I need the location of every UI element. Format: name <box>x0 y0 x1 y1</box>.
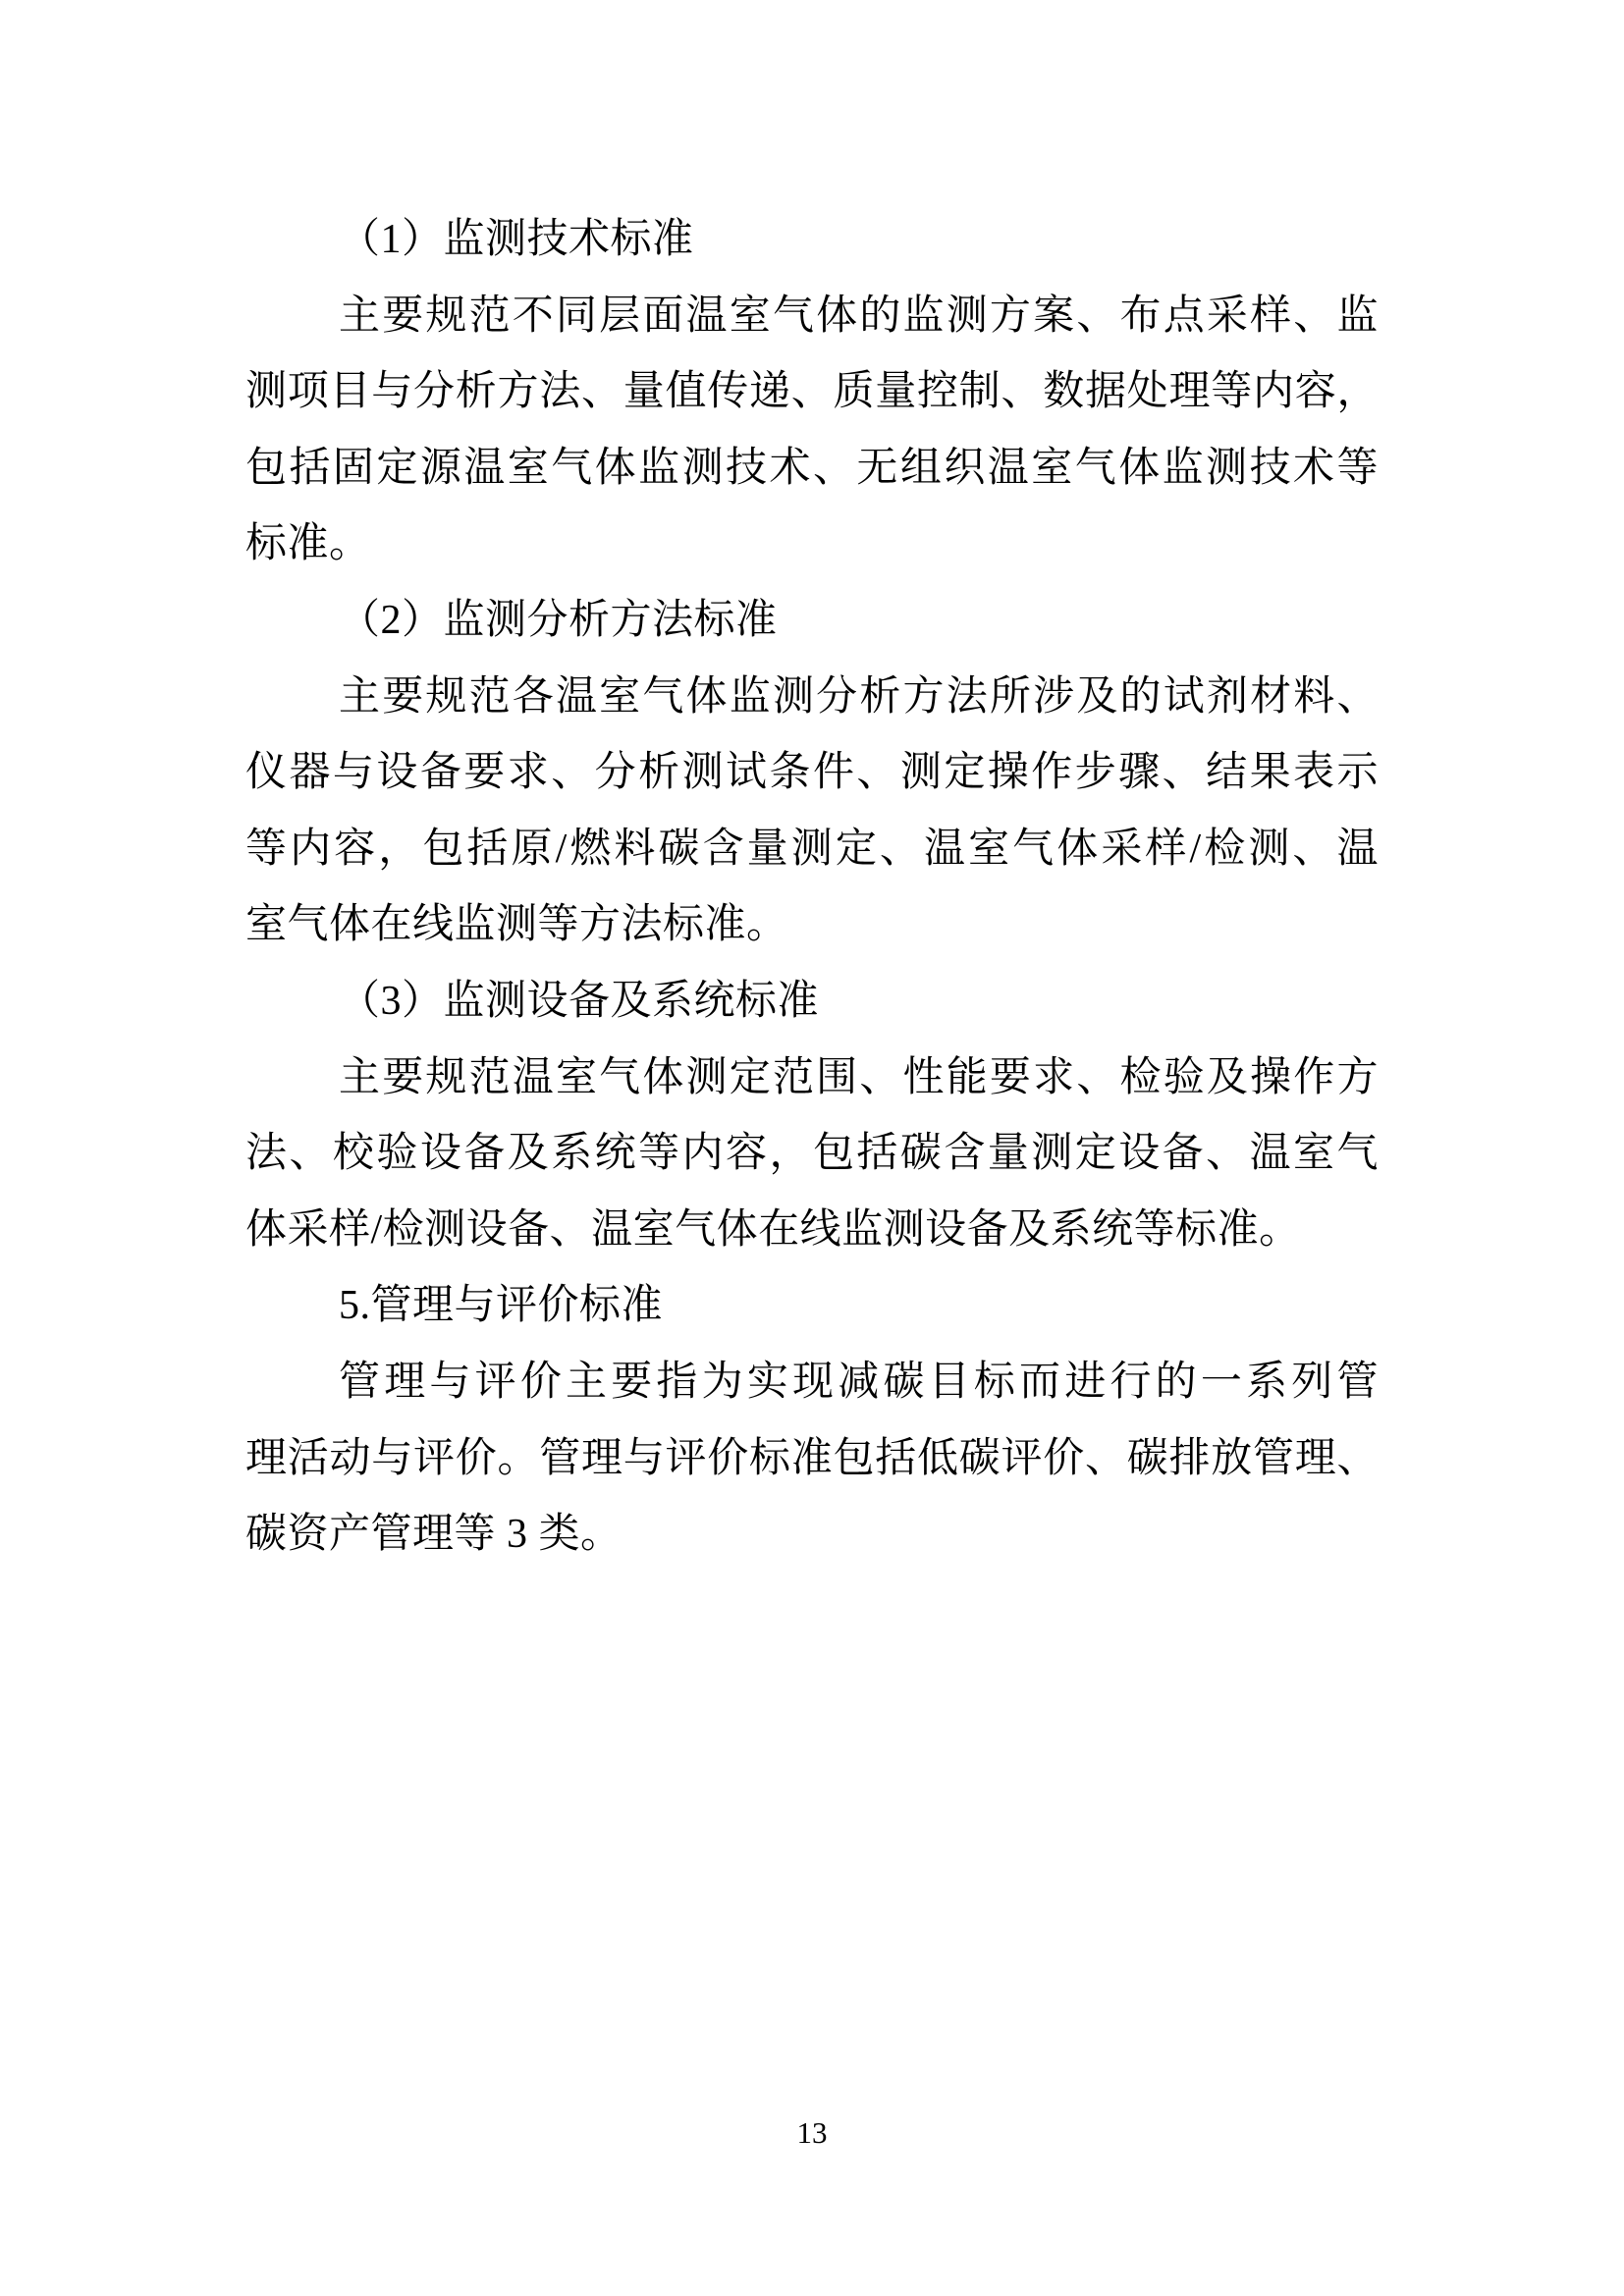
text-line: 等内容，包括原/燃料碳含量测定、温室气体采样/检测、温 <box>245 812 1379 888</box>
heading-line: （1）监测技术标准 <box>245 202 1379 279</box>
text-line: 测项目与分析方法、量值传递、质量控制、数据处理等内容， <box>245 354 1379 431</box>
document-body: （1）监测技术标准主要规范不同层面温室气体的监测方案、布点采样、监测项目与分析方… <box>245 202 1379 1574</box>
text-line: 体采样/检测设备、温室气体在线监测设备及系统等标准。 <box>245 1193 1379 1269</box>
text-line: 主要规范不同层面温室气体的监测方案、布点采样、监 <box>245 279 1379 355</box>
text-line: 室气体在线监测等方法标准。 <box>245 887 1379 964</box>
heading-line: （2）监测分析方法标准 <box>245 583 1379 660</box>
text-line: 仪器与设备要求、分析测试条件、测定操作步骤、结果表示 <box>245 735 1379 812</box>
text-line: 包括固定源温室气体监测技术、无组织温室气体监测技术等 <box>245 431 1379 507</box>
heading-line: 5.管理与评价标准 <box>245 1268 1379 1345</box>
text-line: 碳资产管理等 3 类。 <box>245 1497 1379 1574</box>
page-number: 13 <box>0 2112 1624 2154</box>
text-line: 法、校验设备及系统等内容，包括碳含量测定设备、温室气 <box>245 1116 1379 1193</box>
text-line: 理活动与评价。管理与评价标准包括低碳评价、碳排放管理、 <box>245 1421 1379 1498</box>
heading-line: （3）监测设备及系统标准 <box>245 964 1379 1041</box>
text-line: 管理与评价主要指为实现减碳目标而进行的一系列管 <box>245 1345 1379 1421</box>
text-line: 主要规范各温室气体监测分析方法所涉及的试剂材料、 <box>245 660 1379 736</box>
text-line: 标准。 <box>245 507 1379 583</box>
text-line: 主要规范温室气体测定范围、性能要求、检验及操作方 <box>245 1041 1379 1117</box>
document-page: （1）监测技术标准主要规范不同层面温室气体的监测方案、布点采样、监测项目与分析方… <box>0 0 1624 2296</box>
